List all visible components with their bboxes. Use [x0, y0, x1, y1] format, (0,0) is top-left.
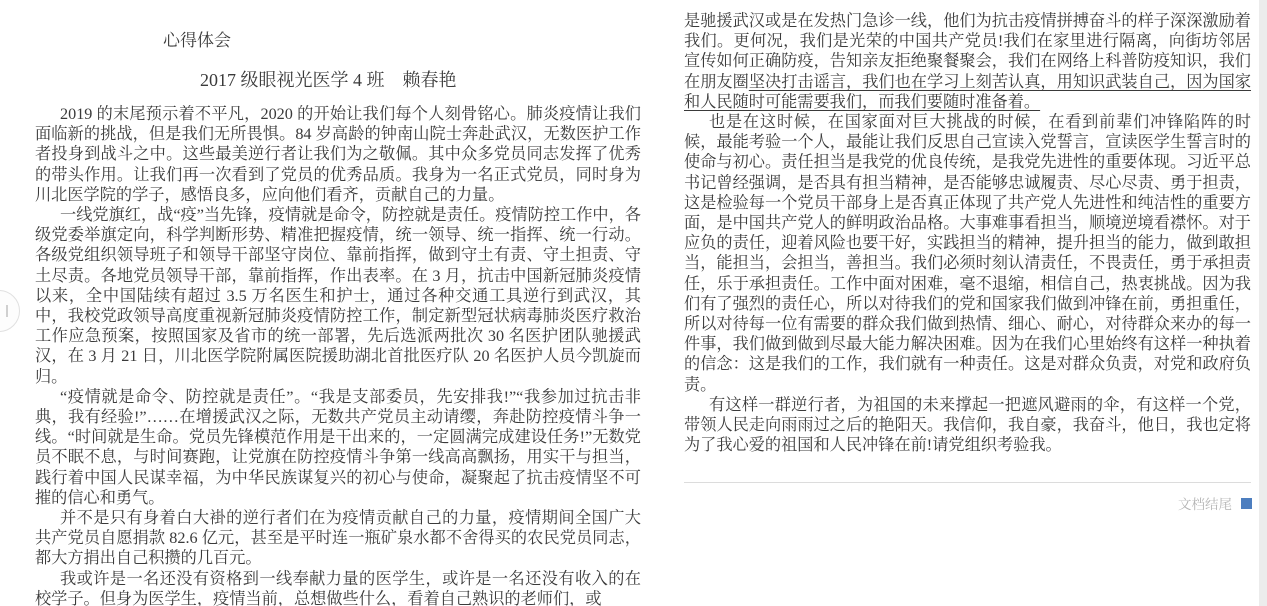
document-title: 心得体会	[163, 30, 641, 52]
chevron-left-icon	[6, 305, 8, 317]
end-of-document-marker: 文档结尾	[684, 493, 1252, 513]
paragraph: 我或许是一名还没有资格到一线奉献力量的医学生，或许是一名还没有收入的在校学子。但…	[35, 569, 641, 606]
page-1-body: 2019 的末尾预示着不平凡，2020 的开始让我们每个人刻骨铭心。肺炎疫情让我…	[35, 104, 641, 606]
end-of-document-divider	[684, 482, 1251, 483]
paragraph: 也是在这时候，在国家面对巨大挑战的时候，在看到前辈们冲锋陷阵的时候，最能考验一个…	[684, 112, 1251, 395]
document-byline: 2017 级眼视光医学 4 班 赖春艳	[200, 68, 641, 92]
page-2: 是驰援武汉或是在发热门急诊一线，他们为抗击疫情拼搏奋斗的样子深深激励着我们。更何…	[684, 11, 1251, 455]
previous-page-button[interactable]	[0, 290, 20, 332]
end-of-document-label: 文档结尾	[1178, 493, 1232, 513]
underlined-text: 坚决打击谣言，我们也在学习上刻苦认真，用知识武装自己，因为国家和人民随时可能需要…	[684, 73, 1251, 111]
paragraph: “疫情就是命令、防控就是责任”。“我是支部委员，先安排我!”“我参加过抗击非典，…	[35, 387, 641, 508]
page-1: 心得体会 2017 级眼视光医学 4 班 赖春艳 2019 的末尾预示着不平凡，…	[35, 30, 641, 606]
paragraph: 一线党旗红，战“疫”当先锋，疫情就是命令，防控就是责任。疫情防控工作中，各级党委…	[35, 205, 641, 387]
document-canvas: 心得体会 2017 级眼视光医学 4 班 赖春艳 2019 的末尾预示着不平凡，…	[0, 0, 1267, 606]
paragraph: 是驰援武汉或是在发热门急诊一线，他们为抗击疫情拼搏奋斗的样子深深激励着我们。更何…	[684, 11, 1251, 112]
end-of-document-square-icon	[1241, 498, 1252, 509]
paragraph: 2019 的末尾预示着不平凡，2020 的开始让我们每个人刻骨铭心。肺炎疫情让我…	[35, 104, 641, 205]
paragraph: 并不是只有身着白大褂的逆行者们在为疫情贡献自己的力量，疫情期间全国广大共产党员自…	[35, 508, 641, 569]
scrollbar-track[interactable]	[1259, 0, 1267, 606]
paragraph: 有这样一群逆行者，为祖国的未来撑起一把遮风避雨的伞，有这样一个党，带领人民走向雨…	[684, 395, 1251, 456]
